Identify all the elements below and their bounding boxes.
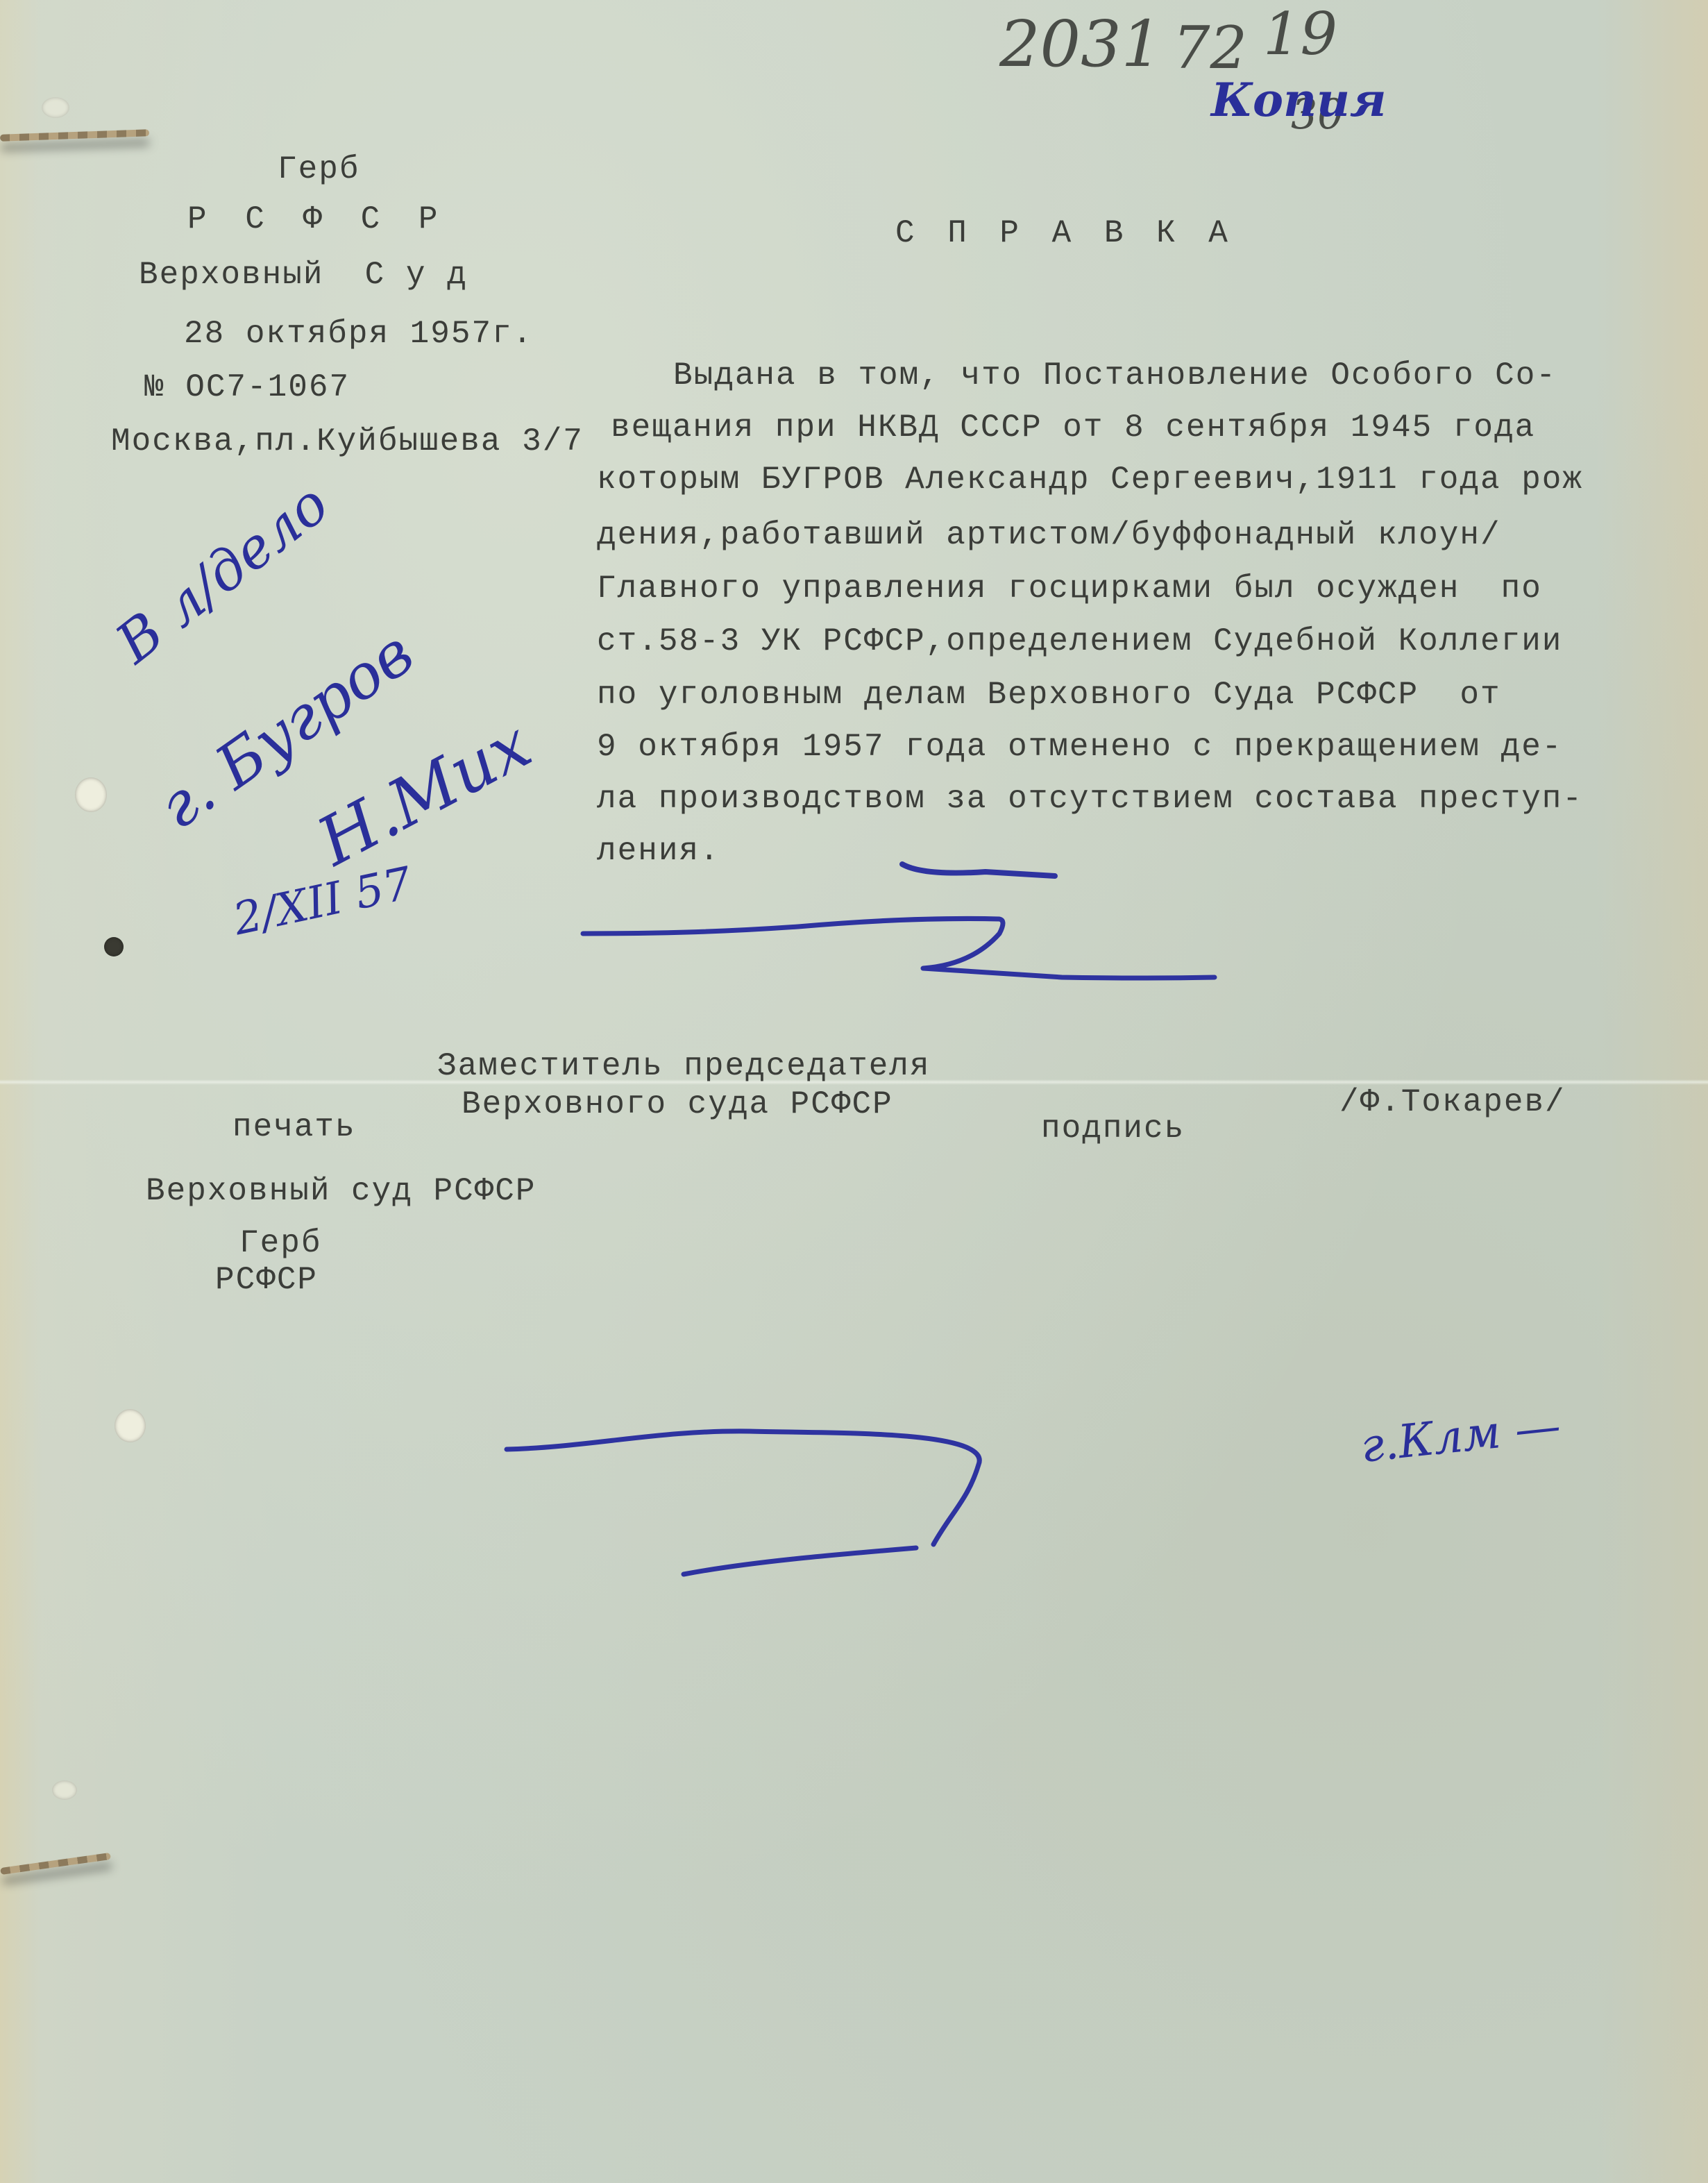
- signatory-position-line2: Верховного суда РСФСР: [462, 1086, 893, 1122]
- seal-label: печать: [232, 1109, 356, 1145]
- signatory-position-line1: Заместитель председателя: [437, 1048, 931, 1084]
- seal-text-emblem: Герб: [239, 1225, 321, 1261]
- signature-label: подпись: [1041, 1111, 1185, 1147]
- seal-text-republic: РСФСР: [215, 1262, 318, 1298]
- signatory-name: /Ф.Токарев/: [1339, 1084, 1566, 1120]
- seal-text-court: Верховный суд РСФСР: [146, 1173, 536, 1209]
